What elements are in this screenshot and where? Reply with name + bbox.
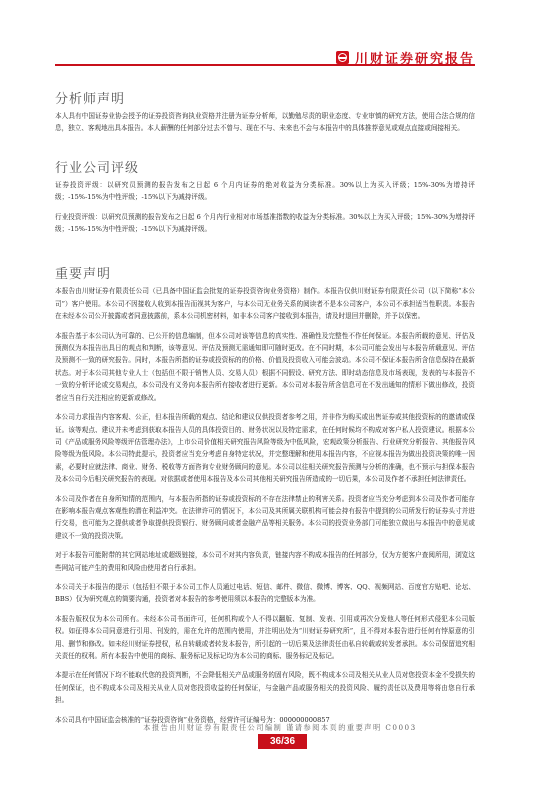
paragraph: 本报告基于本公司认为可靠的、已公开的信息编制，但本公司对该等信息的真实性、准确性…	[55, 330, 475, 404]
paragraph: 证券投资评级：以研究员预测的报告发布之日起 6 个月内证券的绝对收益为分类标准。…	[55, 179, 475, 204]
section-title: 分析师声明	[55, 88, 475, 107]
chuancai-logo-icon	[336, 51, 349, 64]
paragraph: 对于本报告可能附带的其它网站地址或超级链接，本公司不对其内容负责，链接内容不构成…	[55, 549, 475, 574]
paragraph: 本提示在任何情况下均不能取代您的投资判断，不会降低相关产品或服务的固有风险，既不…	[55, 669, 475, 706]
paragraph: 本报告由川财证券有限责任公司（已具备中国证监会批复的证券投资咨询业务资格）制作。…	[55, 285, 475, 322]
paragraph: 本公司力求报告内容客观、公正，但本报告所载的观点、结论和建议仅供投资者参考之用，…	[55, 411, 475, 485]
section-analyst-statement: 分析师声明 本人具有中国证券业协会授予的证券投资咨询执业资格并注册为证券分析师，…	[55, 88, 475, 135]
header-divider	[55, 64, 475, 66]
paragraph: 本公司及作者在自身所知情的范围内，与本报告所指的证券或投资标的不存在法律禁止的利…	[55, 493, 475, 543]
footer-notice: 本报告由川财证券有限责任公司编制 谨请参阅本页的重要声明 C0003	[0, 723, 560, 733]
section-title: 行业公司评级	[55, 157, 475, 176]
section-title: 重要声明	[55, 263, 475, 282]
document-body: 分析师声明 本人具有中国证券业协会授予的证券投资咨询执业资格并注册为证券分析师，…	[55, 88, 475, 748]
section-rating: 行业公司评级 证券投资评级：以研究员预测的报告发布之日起 6 个月内证券的绝对收…	[55, 157, 475, 236]
section-important-notice: 重要声明 本报告由川财证券有限责任公司（已具备中国证监会批复的证券投资咨询业务资…	[55, 263, 475, 726]
paragraph: 行业投资评级：以研究员预测的报告发布之日起 6 个月内行业相对市场基准指数的收益…	[55, 211, 475, 236]
paragraph: 本报告版权仅为本公司所有。未经本公司书面许可，任何机构或个人不得以翻版、复制、发…	[55, 613, 475, 663]
paragraph: 本人具有中国证券业协会授予的证券投资咨询执业资格并注册为证券分析师，以勤勉尽责的…	[55, 110, 475, 135]
paragraph: 本公司关于本报告的提示（包括但不限于本公司工作人员通过电话、短信、邮件、微信、微…	[55, 581, 475, 606]
page-header: 川财证券研究报告	[55, 44, 475, 66]
page-number-badge: 36/36	[258, 734, 307, 749]
